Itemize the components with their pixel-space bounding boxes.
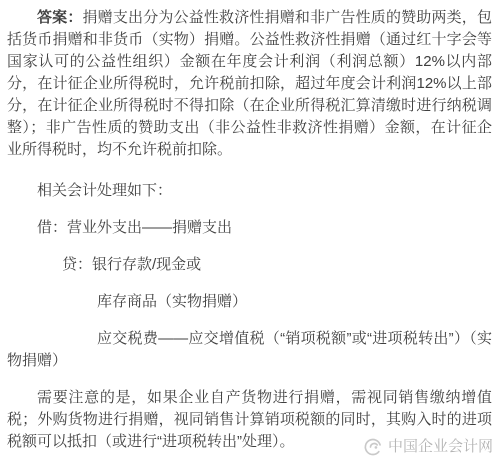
answer-text: 捐赠支出分为公益性救济性捐赠和非广告性质的赞助两类，包括货币捐赠和非货币（实物）… [7,9,492,158]
accounting-intro: 相关会计处理如下： [7,180,492,202]
site-watermark: 中国企业会计网 [363,436,493,458]
journal-entry-credit-tax: 应交税费——应交增值税（“销项税额”或“进项税转出”）（实物捐赠） [7,328,492,372]
swirl-logo-icon [363,437,383,457]
journal-entry-credit-bank: 贷：银行存款/现金或 [7,254,492,276]
answer-label: 答案： [37,9,83,26]
journal-entry-debit: 借：营业外支出——捐赠支出 [7,217,492,239]
answer-paragraph: 答案：捐赠支出分为公益性救济性捐赠和非广告性质的赞助两类，包括货币捐赠和非货币（… [7,7,492,161]
article-page: 答案：捐赠支出分为公益性救济性捐赠和非广告性质的赞助两类，包括货币捐赠和非货币（… [0,0,499,467]
journal-entry-credit-inventory: 库存商品（实物捐赠） [7,291,492,313]
site-name: 中国企业会计网 [388,436,493,458]
